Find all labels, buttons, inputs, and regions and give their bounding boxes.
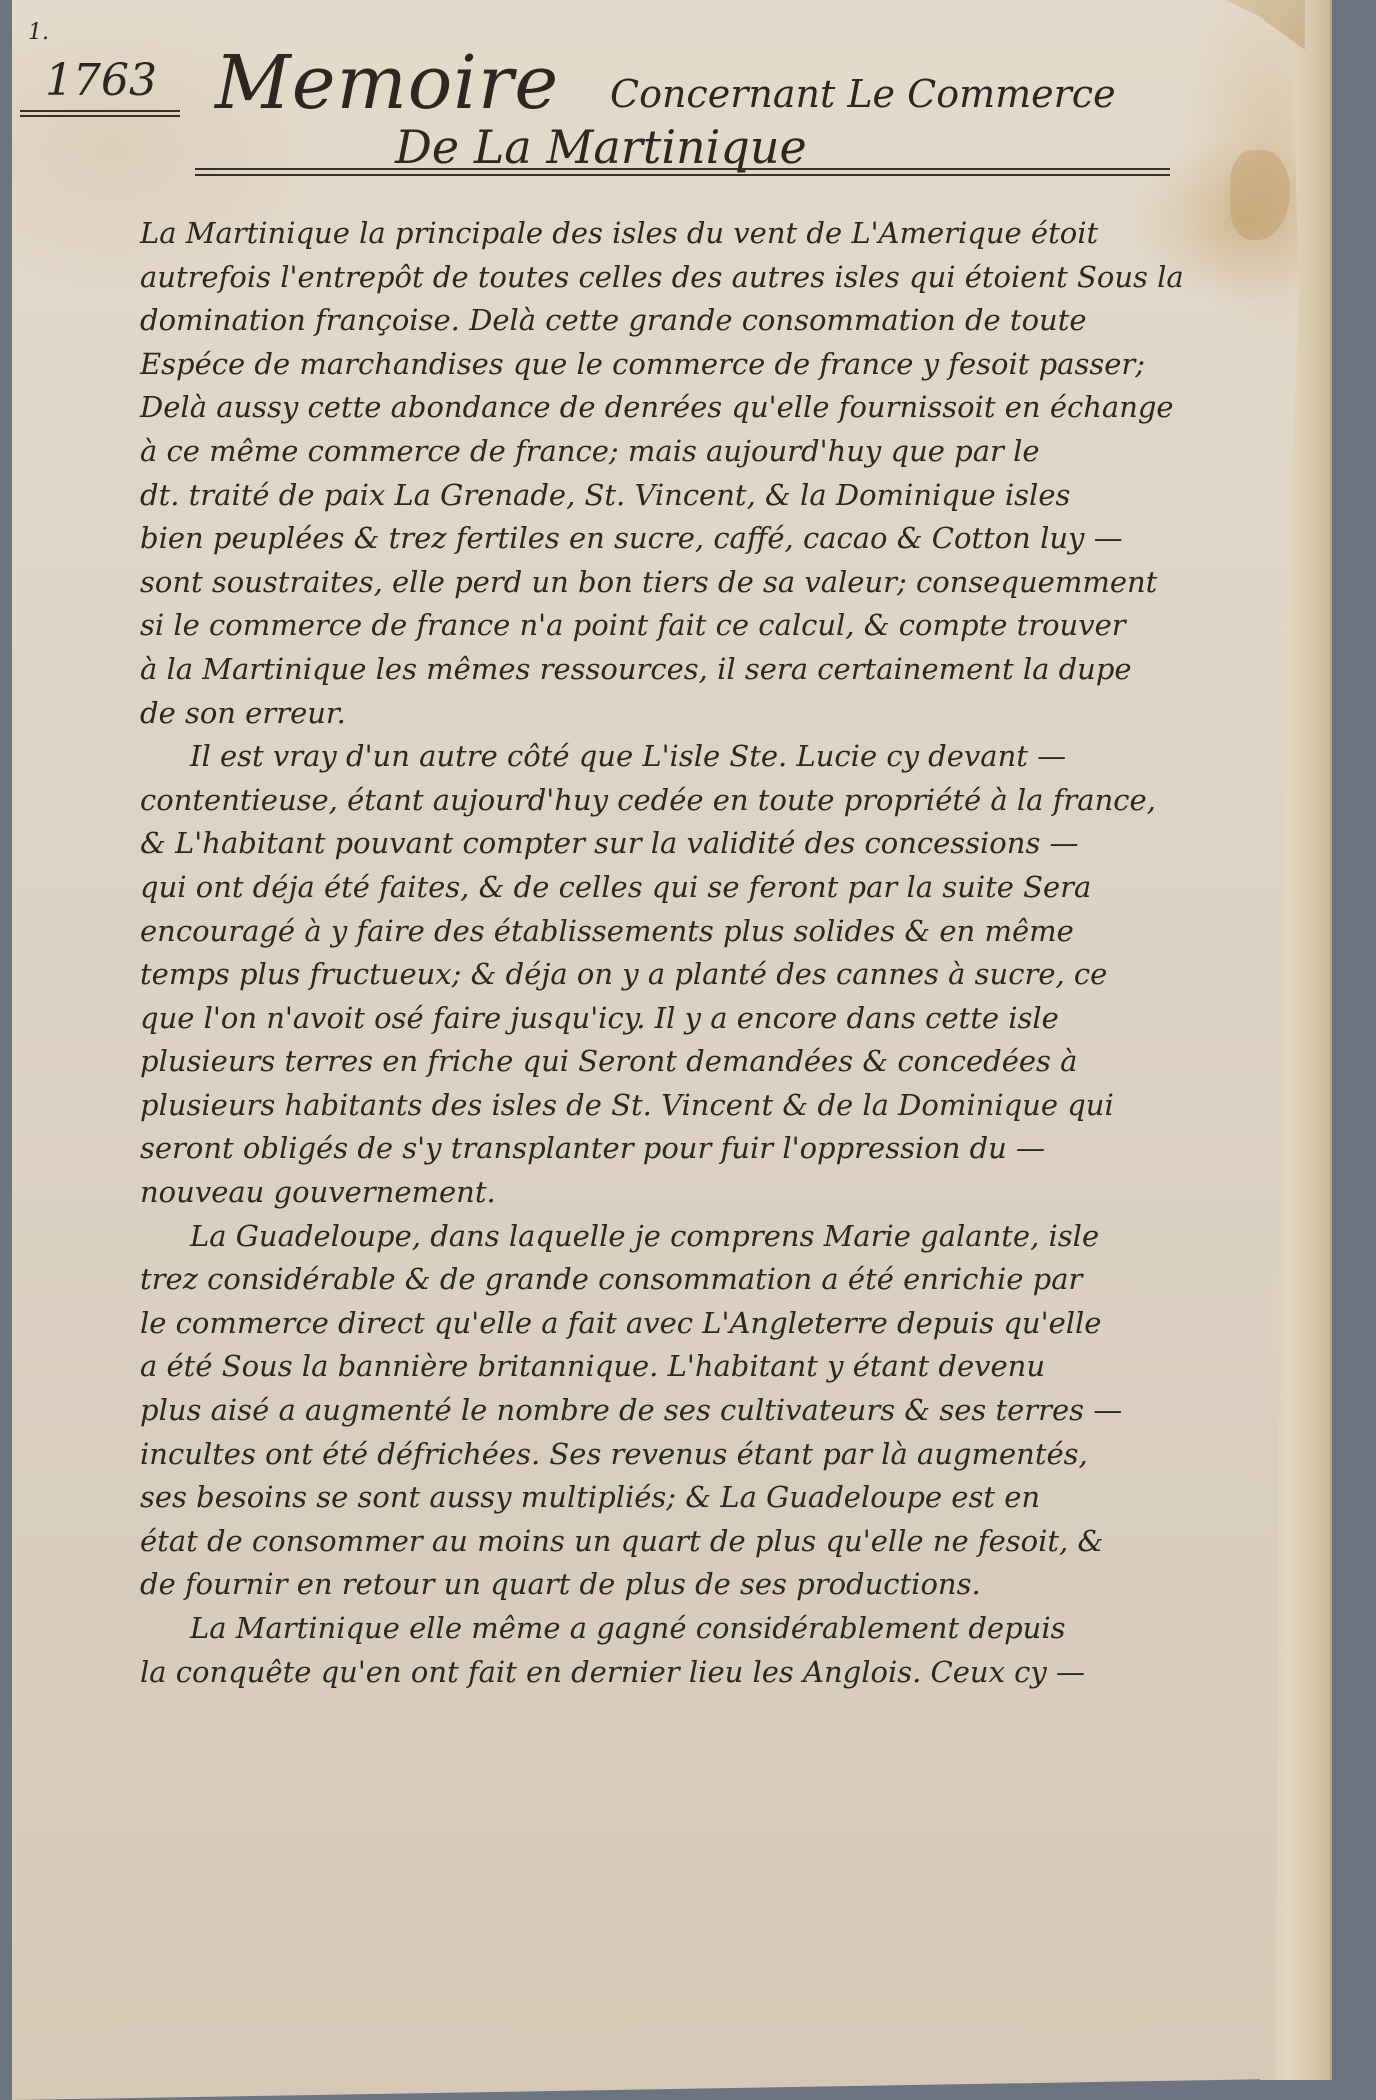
- text-line: état de consommer au moins un quart de p…: [140, 1520, 1330, 1564]
- text-line: Delà aussy cette abondance de denrées qu…: [140, 386, 1330, 430]
- text-line: la conquête qu'en ont fait en dernier li…: [140, 1651, 1330, 1695]
- margin-date: 1763: [45, 55, 157, 106]
- title-line-2: De La Martinique: [395, 120, 807, 174]
- text-line: à ce même commerce de france; mais aujou…: [140, 430, 1330, 474]
- paragraph-start-line: La Guadeloupe, dans laquelle je comprens…: [140, 1215, 1330, 1259]
- text-line: contentieuse, étant aujourd'huy cedée en…: [140, 779, 1330, 823]
- text-line: bien peuplées & trez fertiles en sucre, …: [140, 517, 1330, 561]
- text-line: encouragé à y faire des établissements p…: [140, 910, 1330, 954]
- date-underline: [20, 110, 180, 117]
- text-line: que l'on n'avoit osé faire jusqu'icy. Il…: [140, 997, 1330, 1041]
- text-line: plusieurs terres en friche qui Seront de…: [140, 1040, 1330, 1084]
- margin-mark: 1.: [28, 20, 49, 45]
- text-line: de fournir en retour un quart de plus de…: [140, 1563, 1330, 1607]
- title-subtitle: Concernant Le Commerce: [610, 72, 1116, 116]
- text-line: La Martinique la principale des isles du…: [140, 212, 1330, 256]
- paragraph-start-line: La Martinique elle même a gagné considér…: [140, 1607, 1330, 1651]
- manuscript-body: La Martinique la principale des isles du…: [140, 212, 1330, 1694]
- text-line: de son erreur.: [140, 692, 1330, 736]
- title-underline: [195, 168, 1170, 176]
- text-line: plusieurs habitants des isles de St. Vin…: [140, 1084, 1330, 1128]
- text-line: a été Sous la bannière britannique. L'ha…: [140, 1345, 1330, 1389]
- text-line: dt. traité de paix La Grenade, St. Vince…: [140, 474, 1330, 518]
- text-line: à la Martinique les mêmes ressources, il…: [140, 648, 1330, 692]
- text-line: temps plus fructueux; & déja on y a plan…: [140, 953, 1330, 997]
- text-line: le commerce direct qu'elle a fait avec L…: [140, 1302, 1330, 1346]
- title-main: Memoire: [215, 40, 559, 126]
- text-line: si le commerce de france n'a point fait …: [140, 604, 1330, 648]
- text-line: incultes ont été défrichées. Ses revenus…: [140, 1433, 1330, 1477]
- text-line: nouveau gouvernement.: [140, 1171, 1330, 1215]
- text-line: ses besoins se sont aussy multipliés; & …: [140, 1476, 1330, 1520]
- paragraph-start-line: Il est vray d'un autre côté que L'isle S…: [140, 735, 1330, 779]
- text-line: plus aisé a augmenté le nombre de ses cu…: [140, 1389, 1330, 1433]
- text-line: domination françoise. Delà cette grande …: [140, 299, 1330, 343]
- text-line: autrefois l'entrepôt de toutes celles de…: [140, 256, 1330, 300]
- text-line: Espéce de marchandises que le commerce d…: [140, 343, 1330, 387]
- text-line: seront obligés de s'y transplanter pour …: [140, 1127, 1330, 1171]
- text-line: qui ont déja été faites, & de celles qui…: [140, 866, 1330, 910]
- text-line: trez considérable & de grande consommati…: [140, 1258, 1330, 1302]
- text-line: sont soustraites, elle perd un bon tiers…: [140, 561, 1330, 605]
- text-line: & L'habitant pouvant compter sur la vali…: [140, 822, 1330, 866]
